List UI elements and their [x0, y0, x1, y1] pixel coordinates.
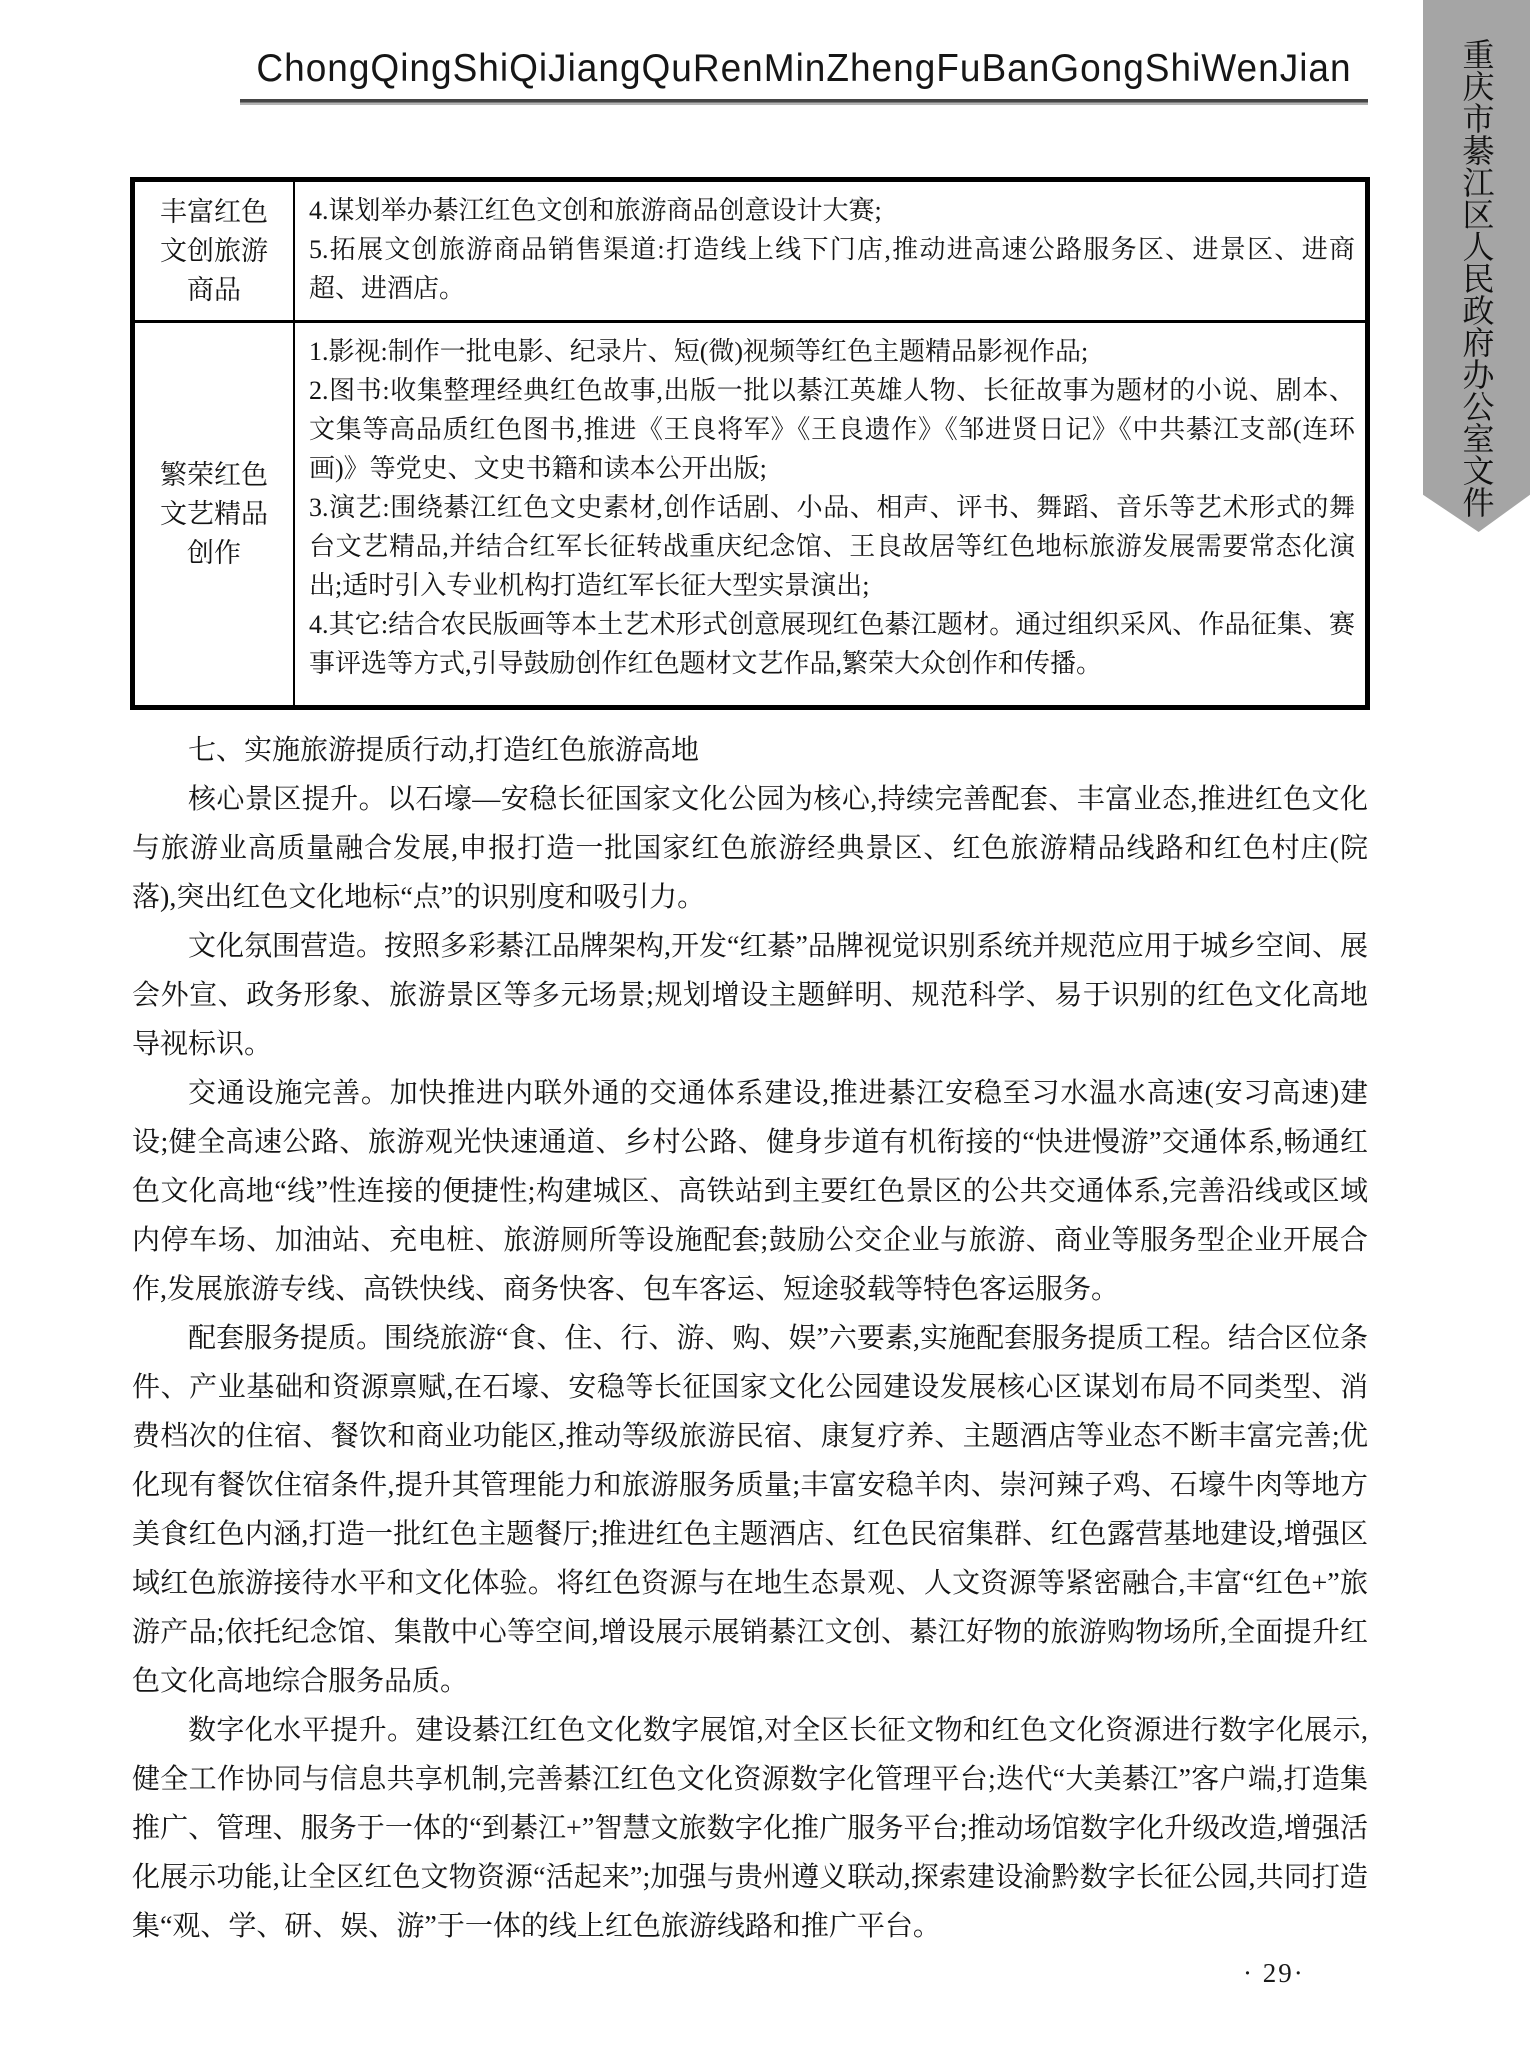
table-row-label-text: 繁荣红色文艺精品创作: [159, 456, 269, 573]
body-paragraph: 文化氛围营造。按照多彩綦江品牌架构,开发“红綦”品牌视觉识别系统并规范应用于城乡…: [132, 922, 1368, 1069]
document-page: ChongQingShiQiJiangQuRenMinZhengFuBanGon…: [0, 0, 1530, 2062]
header-rule: [240, 99, 1368, 105]
measures-table: 丰富红色文创旅游商品 4.谋划举办綦江红色文创和旅游商品创意设计大赛; 5.拓展…: [130, 177, 1370, 710]
romanized-header-title: ChongQingShiQiJiangQuRenMinZhengFuBanGon…: [240, 46, 1368, 91]
table-item: 5.拓展文创旅游商品销售渠道:打造线上线下门店,推动进高速公路服务区、进景区、进…: [309, 230, 1355, 308]
body-paragraph: 配套服务提质。围绕旅游“食、住、行、游、购、娱”六要素,实施配套服务提质工程。结…: [132, 1314, 1368, 1706]
table-row-label: 丰富红色文创旅游商品: [135, 182, 295, 323]
table-row-label-text: 丰富红色文创旅游商品: [159, 193, 269, 310]
table-row-content: 4.谋划举办綦江红色文创和旅游商品创意设计大赛; 5.拓展文创旅游商品销售渠道:…: [295, 182, 1365, 323]
body-paragraph: 交通设施完善。加快推进内联外通的交通体系建设,推进綦江安稳至习水温水高速(安习高…: [132, 1069, 1368, 1314]
ribbon-vertical-title: 重庆市綦江区人民政府办公室文件: [1461, 38, 1493, 532]
table-item: 2.图书:收集整理经典红色故事,出版一批以綦江英雄人物、长征故事为题材的小说、剧…: [309, 371, 1355, 488]
section-heading: 七、实施旅游提质行动,打造红色旅游高地: [132, 726, 1368, 775]
table-item: 4.谋划举办綦江红色文创和旅游商品创意设计大赛;: [309, 191, 1355, 230]
body-text: 七、实施旅游提质行动,打造红色旅游高地 核心景区提升。以石壕—安稳长征国家文化公…: [132, 726, 1368, 1951]
body-paragraph: 核心景区提升。以石壕—安稳长征国家文化公园为核心,持续完善配套、丰富业态,推进红…: [132, 775, 1368, 922]
table-item: 1.影视:制作一批电影、纪录片、短(微)视频等红色主题精品影视作品;: [309, 332, 1355, 371]
table-row-label: 繁荣红色文艺精品创作: [135, 323, 295, 705]
table-item: 4.其它:结合农民版画等本土艺术形式创意展现红色綦江题材。通过组织采风、作品征集…: [309, 605, 1355, 683]
side-ribbon: 重庆市綦江区人民政府办公室文件: [1423, 0, 1530, 532]
table-row-content: 1.影视:制作一批电影、纪录片、短(微)视频等红色主题精品影视作品; 2.图书:…: [295, 323, 1365, 705]
table-item: 3.演艺:围绕綦江红色文史素材,创作话剧、小品、相声、评书、舞蹈、音乐等艺术形式…: [309, 488, 1355, 605]
page-number: · 29·: [1243, 1958, 1305, 1989]
body-paragraph: 数字化水平提升。建设綦江红色文化数字展馆,对全区长征文物和红色文化资源进行数字化…: [132, 1706, 1368, 1951]
